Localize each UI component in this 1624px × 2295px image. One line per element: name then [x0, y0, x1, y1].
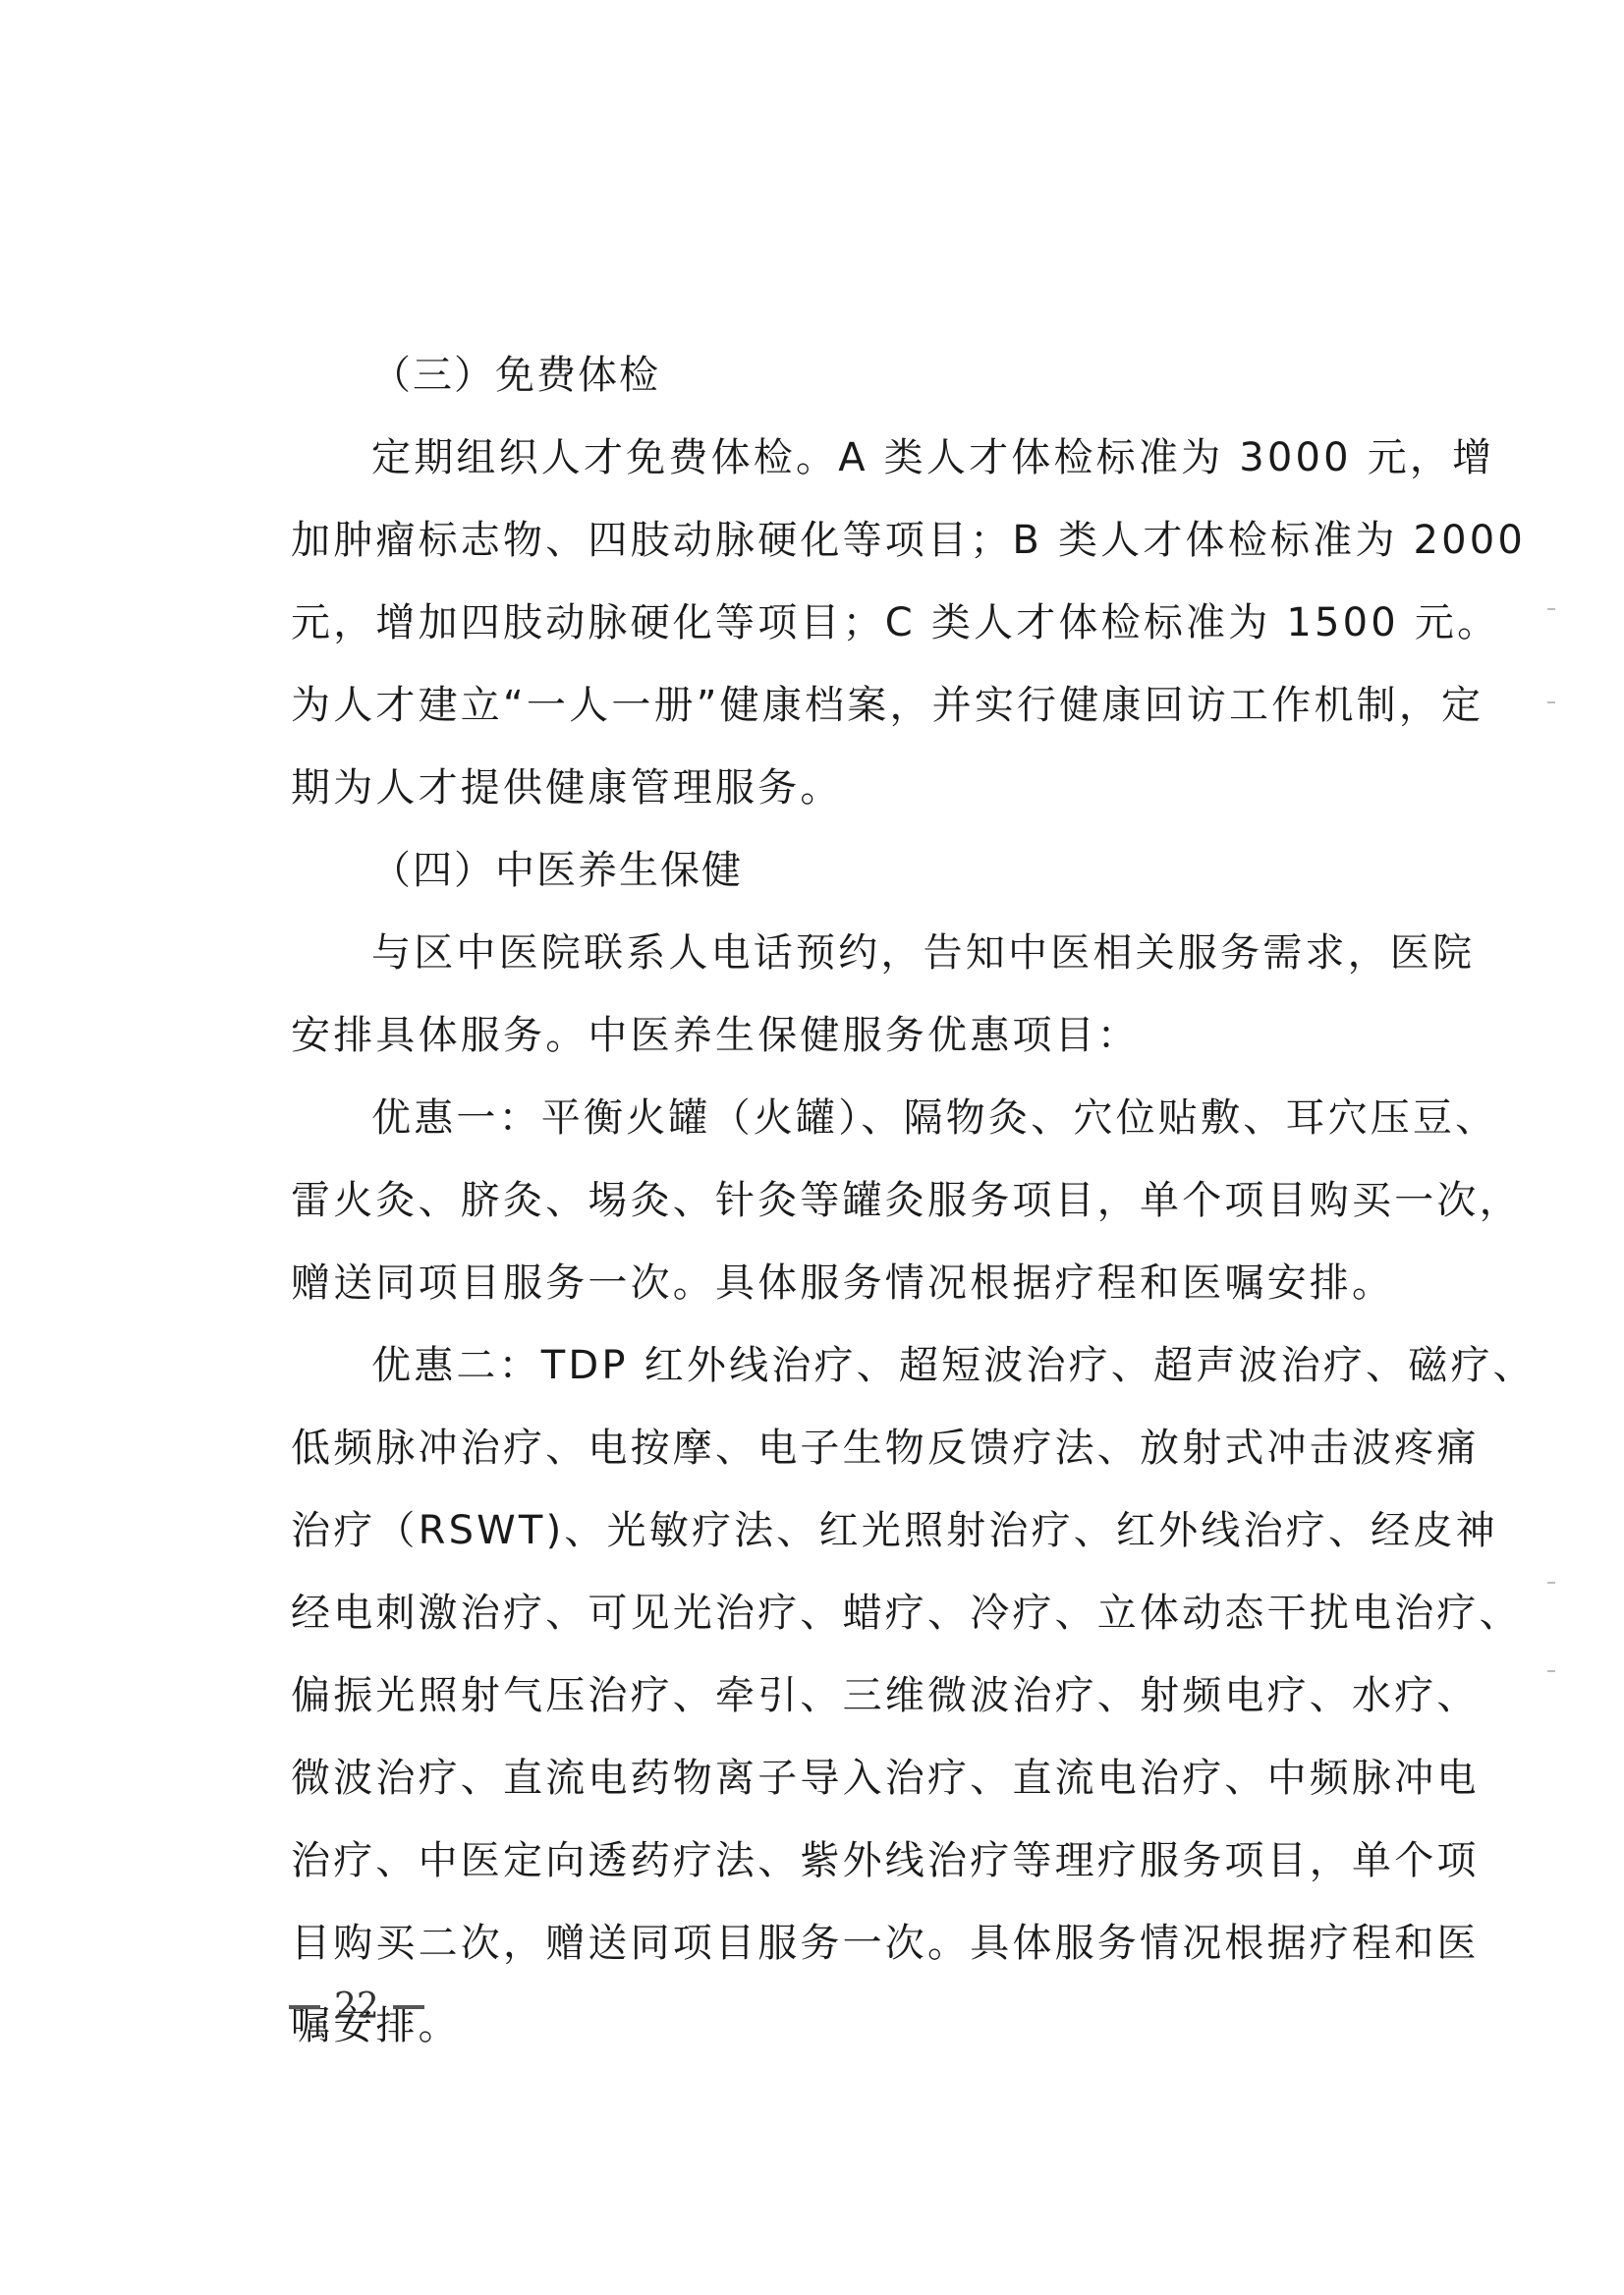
discount-two-line: 治疗（RSWT)、光敏疗法、红光照射治疗、红外线治疗、经皮神 — [291, 1489, 1421, 1572]
paragraph-line: 加肿瘤标志物、四肢动脉硬化等项目；B 类人才体检标准为 2000 — [291, 499, 1421, 582]
scan-artifact — [1547, 608, 1555, 610]
document-page: （三）免费体检 定期组织人才免费体检。A 类人才体检标准为 3000 元，增 加… — [0, 0, 1624, 2295]
paragraph-line: 为人才建立“一人一册”健康档案，并实行健康回访工作机制，定 — [291, 664, 1421, 747]
paragraph-line: 期为人才提供健康管理服务。 — [291, 747, 1421, 829]
paragraph-line: 与区中医院联系人电话预约，告知中医相关服务需求，医院 — [291, 912, 1421, 994]
paragraph-line: 安排具体服务。中医养生保健服务优惠项目： — [291, 994, 1421, 1077]
discount-two-line: 治疗、中医定向透药疗法、紫外线治疗等理疗服务项目，单个项 — [291, 1819, 1421, 1902]
page-number: 22 — [289, 1987, 424, 2027]
discount-one-line: 赠送同项目服务一次。具体服务情况根据疗程和医嘱安排。 — [291, 1242, 1421, 1324]
dash-left — [289, 2005, 320, 2009]
section-heading-tcm-health: （四）中医养生保健 — [291, 829, 1421, 912]
discount-two-line: 嘱安排。 — [291, 1985, 1421, 2067]
document-body: （三）免费体检 定期组织人才免费体检。A 类人才体检标准为 3000 元，增 加… — [291, 334, 1421, 2067]
scan-artifact — [1547, 1582, 1555, 1584]
paragraph-line: 定期组织人才免费体检。A 类人才体检标准为 3000 元，增 — [291, 417, 1421, 499]
dash-right — [393, 2005, 424, 2009]
paragraph-line: 元，增加四肢动脉硬化等项目；C 类人才体检标准为 1500 元。 — [291, 582, 1421, 664]
discount-one-line: 雷火灸、脐灸、埸灸、针灸等罐灸服务项目，单个项目购买一次， — [291, 1159, 1421, 1242]
page-number-text: 22 — [334, 1987, 379, 2027]
discount-two-line: 偏振光照射气压治疗、牵引、三维微波治疗、射频电疗、水疗、 — [291, 1654, 1421, 1737]
section-heading-free-checkup: （三）免费体检 — [291, 334, 1421, 417]
discount-two-line: 微波治疗、直流电药物离子导入治疗、直流电治疗、中频脉冲电 — [291, 1737, 1421, 1819]
discount-one-line: 优惠一：平衡火罐（火罐）、隔物灸、穴位贴敷、耳穴压豆、 — [291, 1077, 1421, 1159]
discount-two-line: 优惠二：TDP 红外线治疗、超短波治疗、超声波治疗、磁疗、 — [291, 1324, 1421, 1407]
discount-two-line: 低频脉冲治疗、电按摩、电子生物反馈疗法、放射式冲击波疼痛 — [291, 1407, 1421, 1489]
scan-artifact — [1547, 701, 1555, 703]
discount-two-line: 目购买二次，赠送同项目服务一次。具体服务情况根据疗程和医 — [291, 1902, 1421, 1985]
discount-two-line: 经电刺激治疗、可见光治疗、蜡疗、冷疗、立体动态干扰电治疗、 — [291, 1572, 1421, 1654]
scan-artifact — [1547, 1670, 1555, 1672]
